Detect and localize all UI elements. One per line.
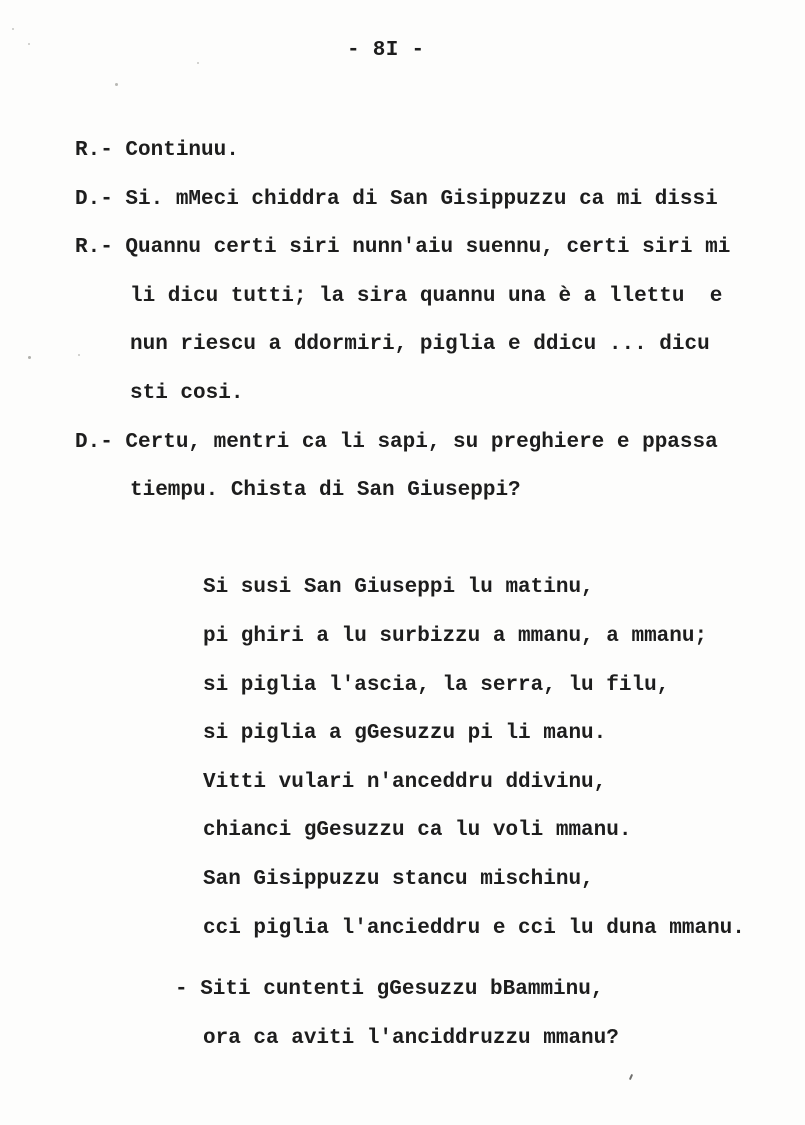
document-page: - 8I - R.-Continuu.D.-Si. mMeci chiddra … [0, 0, 805, 1125]
dialogue-line: sti cosi. [75, 370, 765, 419]
poem-line: cci piglia l'ancieddru e cci lu duna mma… [75, 905, 765, 954]
poem-closing-line: ora ca aviti l'anciddruzzu mmanu? [75, 1015, 765, 1064]
dialogue-line: D.-Si. mMeci chiddra di San Gisippuzzu c… [75, 176, 765, 225]
dialogue-text: Certu, mentri ca li sapi, su preghiere e… [125, 431, 717, 454]
page-number: - 8I - [347, 39, 424, 62]
blank-line [75, 516, 765, 565]
dialogue-text: Continuu. [125, 139, 238, 162]
poem-line: chianci gGesuzzu ca lu voli mmanu. [75, 807, 765, 856]
dialogue-line: D.-Certu, mentri ca li sapi, su preghier… [75, 419, 765, 468]
poem-line: Vitti vulari n'anceddru ddivinu, [75, 759, 765, 808]
poem-line: si piglia l'ascia, la serra, lu filu, [75, 662, 765, 711]
speaker-label: R.- [75, 224, 125, 273]
dialogue-line: li dicu tutti; la sira quannu una è a ll… [75, 273, 765, 322]
dialogue-line: R.-Quannu certi siri nunn'aiu suennu, ce… [75, 224, 765, 273]
poem-line: pi ghiri a lu surbizzu a mmanu, a mmanu; [75, 613, 765, 662]
scan-speck [12, 28, 14, 30]
dialogue-text: Si. mMeci chiddra di San Gisippuzzu ca m… [125, 188, 717, 211]
dialogue-line: nun riescu a ddormiri, piglia e ddicu ..… [75, 321, 765, 370]
poem-line: San Gisippuzzu stancu mischinu, [75, 856, 765, 905]
scan-speck [197, 62, 199, 64]
speaker-label: D.- [75, 419, 125, 468]
typewritten-text-body: R.-Continuu.D.-Si. mMeci chiddra di San … [75, 127, 765, 1063]
speaker-label: R.- [75, 127, 125, 176]
dialogue-line: tiempu. Chista di San Giuseppi? [75, 467, 765, 516]
speaker-label: D.- [75, 176, 125, 225]
dialogue-text: Quannu certi siri nunn'aiu suennu, certi… [125, 236, 730, 259]
stray-ink-mark [629, 1074, 633, 1080]
scan-speck [115, 83, 118, 86]
poem-closing-line: - Siti cuntenti gGesuzzu bBamminu, [75, 966, 765, 1015]
scan-speck [28, 356, 31, 359]
poem-line: si piglia a gGesuzzu pi li manu. [75, 710, 765, 759]
dialogue-line: R.-Continuu. [75, 127, 765, 176]
poem-line: Si susi San Giuseppi lu matinu, [75, 564, 765, 613]
scan-speck [28, 43, 30, 45]
scan-speck [78, 354, 80, 356]
